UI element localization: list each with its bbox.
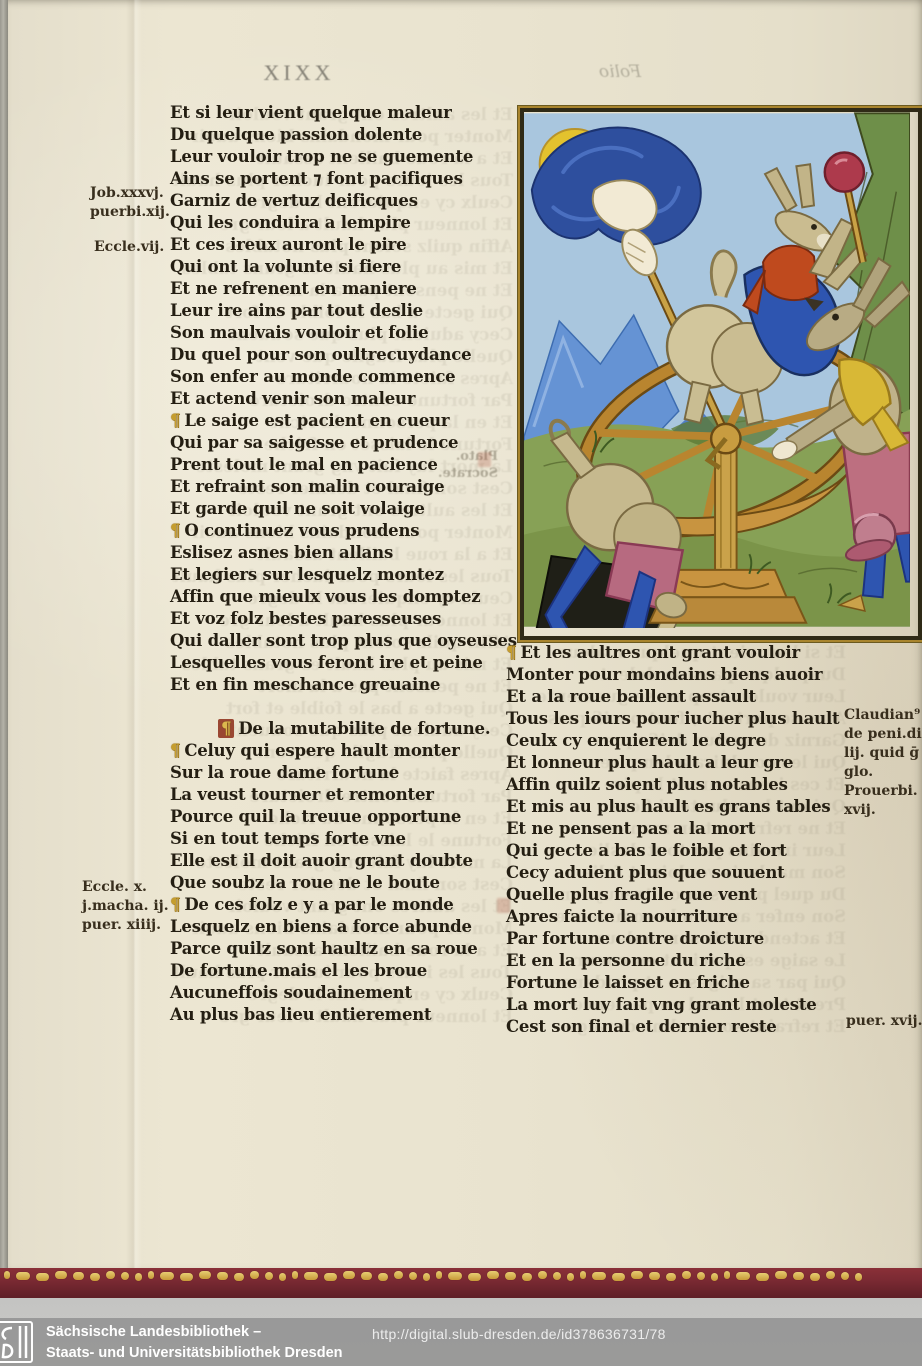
text-line: ¶De la mutabilite de fortune. bbox=[170, 718, 505, 740]
digital-object-url: http://digital.slub-dresden.de/id3786367… bbox=[372, 1326, 666, 1342]
text-line: Qui daller sont trop plus que oyseuses bbox=[170, 630, 505, 652]
text-line: ¶Celuy qui espere hault monter bbox=[170, 740, 505, 762]
text-line: Et lonneur plus hault a leur gre bbox=[506, 752, 846, 774]
text-line: ¶O continuez vous prudens bbox=[170, 520, 505, 542]
text-line: Apres faicte la nourriture bbox=[506, 906, 846, 928]
pilcrow-mark: ¶ bbox=[170, 411, 180, 430]
right-text-column: ¶Et les aultres ont grant vouloirMonter … bbox=[506, 642, 846, 1038]
text-line: Parce quilz sont haultz en sa roue bbox=[170, 938, 505, 960]
text-line: Monter pour mondains biens auoir bbox=[506, 664, 846, 686]
text-line: Affin quilz soient plus notables bbox=[506, 774, 846, 796]
folio-showthrough: Folio bbox=[580, 62, 660, 82]
library-name: Sächsische Landesbibliothek – Staats- un… bbox=[46, 1322, 343, 1364]
text-line: Et en la personne du riche bbox=[506, 950, 846, 972]
text-line: Et refraint son malin couraige bbox=[170, 476, 505, 498]
text-line: Elle est il doit auoir grant doubte bbox=[170, 850, 505, 872]
orb bbox=[825, 153, 864, 192]
pilcrow-mark: ¶ bbox=[218, 719, 234, 738]
digitized-manuscript-scan: XIXX Folio Et les aultres ont grant voul… bbox=[0, 0, 922, 1366]
text-line: Et legiers sur lesquelz montez bbox=[170, 564, 505, 586]
text-line: Cecy aduient plus que souuent bbox=[506, 862, 846, 884]
text-line: Ains se portent ⁊ font pacifiques bbox=[170, 168, 505, 190]
text-line: ¶Le saige est pacient en cueur bbox=[170, 410, 505, 432]
text-line: Qui ont la volunte si fiere bbox=[170, 256, 505, 278]
text-line: Son enfer au monde commence bbox=[170, 366, 505, 388]
book-edge-left bbox=[0, 0, 8, 1268]
text-line: Prent tout le mal en pacience bbox=[170, 454, 505, 476]
running-head-page-number: XIXX bbox=[244, 60, 354, 86]
text-line: Pource quil la treuue opportune bbox=[170, 806, 505, 828]
margin-note-biblical-refs: Eccle.vij. bbox=[94, 238, 164, 257]
miniature-wheel-of-fortune bbox=[520, 108, 922, 640]
pedestal-column bbox=[715, 439, 737, 572]
text-line: Lesquelles vous feront ire et peine bbox=[170, 652, 505, 674]
text-line: Et mis au plus hault es grans tables bbox=[506, 796, 846, 818]
text-line: Et ne refrenent en maniere bbox=[170, 278, 505, 300]
text-line: Cest son final et dernier reste bbox=[506, 1016, 846, 1038]
slub-logo-icon bbox=[0, 1320, 34, 1366]
text-line: Eslisez asnes bien allans bbox=[170, 542, 505, 564]
gilt-binding-edge bbox=[0, 1268, 922, 1298]
pilcrow-mark: ¶ bbox=[506, 643, 516, 662]
text-line: Si en tout temps forte vne bbox=[170, 828, 505, 850]
text-line: Tous les iours pour iucher plus hault bbox=[506, 708, 846, 730]
text-line: ¶De ces folz e y a par le monde bbox=[170, 894, 505, 916]
parchment-page: XIXX Folio Et les aultres ont grant voul… bbox=[8, 0, 922, 1268]
pilcrow-mark: ¶ bbox=[170, 741, 180, 760]
text-line: Et actend venir son maleur bbox=[170, 388, 505, 410]
text-line: Sur la roue dame fortune bbox=[170, 762, 505, 784]
text-line: Par fortune contre droicture bbox=[506, 928, 846, 950]
text-line: Et si leur vient quelque maleur bbox=[170, 102, 505, 124]
text-line: Au plus bas lieu entierement bbox=[170, 1004, 505, 1026]
gilt-tooling bbox=[0, 1268, 862, 1279]
text-line: Du quel pour son oultrecuydance bbox=[170, 344, 505, 366]
library-name-line2: Staats- und Universitätsbibliothek Dresd… bbox=[46, 1343, 343, 1364]
text-line: Qui par sa saigesse et prudence bbox=[170, 432, 505, 454]
text-line: Qui les conduira a lempire bbox=[170, 212, 505, 234]
margin-note-biblical-refs: Eccle. x.j.macha. ij.puer. xiiij. bbox=[82, 878, 169, 935]
text-line: Et garde quil ne soit volaige bbox=[170, 498, 505, 520]
text-line: Lesquelz en biens a force abunde bbox=[170, 916, 505, 938]
text-line: Ceulx cy enquierent le degre bbox=[506, 730, 846, 752]
text-line: Fortune le laisset en friche bbox=[506, 972, 846, 994]
text-line: Et ces ireux auront le pire bbox=[170, 234, 505, 256]
text-line: Garniz de vertuz deificques bbox=[170, 190, 505, 212]
text-line: Et ne pensent pas a la mort bbox=[506, 818, 846, 840]
margin-note-claudian: Claudian⁹de peni.dif.lij. quid ḡ lglo.Pr… bbox=[844, 706, 922, 820]
left-text-column: Et si leur vient quelque maleurDu quelqu… bbox=[170, 102, 505, 1026]
text-line: La mort luy fait vng grant moleste bbox=[506, 994, 846, 1016]
text-line: De fortune.mais el les broue bbox=[170, 960, 505, 982]
text-line: La veust tourner et remonter bbox=[170, 784, 505, 806]
text-line: Leur vouloir trop ne se guemente bbox=[170, 146, 505, 168]
text-line: Et voz folz bestes paresseuses bbox=[170, 608, 505, 630]
text-line: Et a la roue baillent assault bbox=[506, 686, 846, 708]
text-line: Leur ire ains par tout deslie bbox=[170, 300, 505, 322]
text-line: Affin que mieulx vous les domptez bbox=[170, 586, 505, 608]
miniature-art bbox=[524, 112, 910, 628]
text-line: Du quelque passion dolente bbox=[170, 124, 505, 146]
text-line: Et en fin meschance greuaine bbox=[170, 674, 505, 696]
pilcrow-mark: ¶ bbox=[170, 895, 180, 914]
text-line: Qui gecte a bas le foible et fort bbox=[506, 840, 846, 862]
library-name-line1: Sächsische Landesbibliothek – bbox=[46, 1322, 343, 1343]
text-line: Aucuneffois soudainement bbox=[170, 982, 505, 1004]
margin-note-proverbs: puer. xvij. bbox=[846, 1012, 922, 1031]
library-banner: Sächsische Landesbibliothek – Staats- un… bbox=[0, 1318, 922, 1366]
text-line: Son maulvais vouloir et folie bbox=[170, 322, 505, 344]
text-line: ¶Et les aultres ont grant vouloir bbox=[506, 642, 846, 664]
margin-note-biblical-refs: Job.xxxvj.puerbi.xij. bbox=[90, 184, 170, 222]
pilcrow-mark: ¶ bbox=[170, 521, 180, 540]
text-line: Quelle plus fragile que vent bbox=[506, 884, 846, 906]
text-line: Que soubz la roue ne le boute bbox=[170, 872, 505, 894]
